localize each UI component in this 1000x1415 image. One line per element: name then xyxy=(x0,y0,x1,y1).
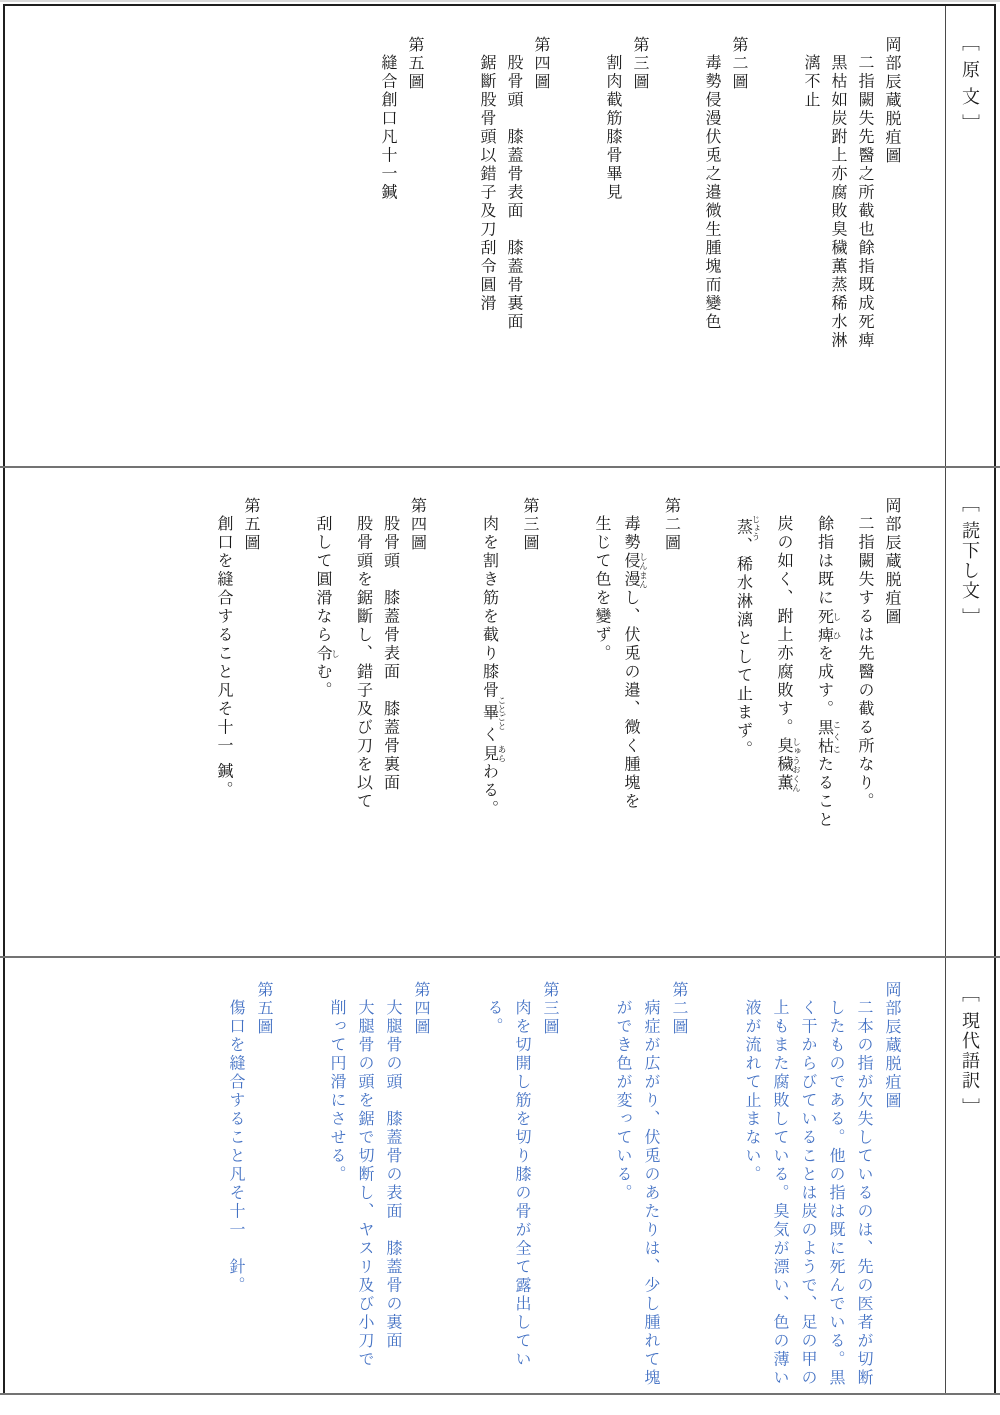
text-column: 漓不止 xyxy=(797,36,824,467)
paragraph-block: 第五圖創口を縫合すること凡そ十一 鍼。 xyxy=(210,497,264,957)
paragraph-title: 第五圖 xyxy=(249,981,277,1394)
text-column: 刮して圓滑なら令しむ。 xyxy=(309,497,341,957)
furigana-text: しゅうおくん xyxy=(792,737,802,793)
furigana-ruby: 死痺しひ xyxy=(816,608,833,645)
section-header-label: ［ 現代語訳 ］ xyxy=(960,984,980,1118)
text-column: 黒枯如炭跗上亦腐敗臭穢薫蒸稀水淋 xyxy=(824,36,851,467)
furigana-text: ことごと xyxy=(497,696,507,730)
document-frame: 岡部辰蔵脱疽圖二指闕失先醫之所截也餘指既成死痺黒枯如炭跗上亦腐敗臭穢薫蒸稀水淋漓… xyxy=(3,4,996,1394)
paragraph-block: 第三圖割肉截筋膝骨畢見 xyxy=(599,36,653,467)
furigana-text: じょう xyxy=(751,515,761,541)
paragraph-block: 第二圖毒勢侵漫伏兎之邉微生腫塊而變色 xyxy=(698,36,752,467)
paragraph-block: 第四圖大腿骨の頭 膝蓋骨の表面 膝蓋骨の裏面大腿骨の頭を鋸で切断し、ヤスリ及び小… xyxy=(322,981,434,1394)
text-column: 鋸斷股骨頭以錯子及刀刮令圓滑 xyxy=(473,36,500,467)
furigana-ruby: 見あら xyxy=(481,745,498,764)
section-original-text: 岡部辰蔵脱疽圖二指闕失先醫之所截也餘指既成死痺黒枯如炭跗上亦腐敗臭穢薫蒸稀水淋漓… xyxy=(5,6,994,467)
text-column: 炭の如く、跗上亦腐敗す。臭穢薫しゅうおくん xyxy=(770,497,802,957)
text-column: 創口を縫合すること凡そ十一 鍼。 xyxy=(210,497,237,957)
paragraph-block: 岡部辰蔵脱疽圖二本の指が欠失しているのは、先の医者が切断したものである。他の指は… xyxy=(737,981,905,1394)
text-column: 病症が広がり、伏兎のあたりは、少し腫れて塊 xyxy=(636,981,664,1394)
text-column: 縫合創口凡十一鍼 xyxy=(374,36,401,467)
paragraph-title: 第二圖 xyxy=(664,981,692,1394)
text-column: 毒勢侵漫しんまんし、伏兎の邉、微く腫塊を xyxy=(617,497,649,957)
original-text-header-column: ［ 原 文 ］ xyxy=(945,6,994,467)
paragraph-title: 第五圖 xyxy=(237,497,264,957)
text-column: る。 xyxy=(479,981,507,1394)
text-column: 肉を切開し筋を切り膝の骨が全て露出してい xyxy=(507,981,535,1394)
paragraph-title: 第五圖 xyxy=(401,36,428,467)
paragraph-block: 第四圖股骨頭 膝蓋骨表面 膝蓋骨裏面鋸斷股骨頭以錯子及刀刮令圓滑 xyxy=(473,36,554,467)
page-top-edge-line xyxy=(0,0,1000,2)
furigana-ruby: 蒸じょう xyxy=(735,515,752,537)
paragraph-block: 第二圖毒勢侵漫しんまんし、伏兎の邉、微く腫塊を生じて色を變ず。 xyxy=(588,497,685,957)
text-column: 餘指は既に死痺しひを成す。黒枯こくこたること xyxy=(811,497,843,957)
text-column: 上もまた腐敗している。臭気が漂い、色の薄い xyxy=(765,981,793,1394)
text-column: したものである。他の指は既に死んでいる。黒 xyxy=(821,981,849,1394)
text-column: 生じて色を變ず。 xyxy=(588,497,615,957)
section-header-label: ［ 原 文 ］ xyxy=(960,33,980,134)
document-page: 岡部辰蔵脱疽圖二指闕失先醫之所截也餘指既成死痺黒枯如炭跗上亦腐敗臭穢薫蒸稀水淋漓… xyxy=(0,0,1000,1415)
section-reading-text: 岡部辰蔵脱疽圖二指闕失するは先醫の截る所なり。餘指は既に死痺しひを成す。黒枯こく… xyxy=(5,467,994,957)
furigana-ruby: 臭穢薫しゅうおくん xyxy=(775,737,792,793)
text-column: 液が流れて止まない。 xyxy=(737,981,765,1394)
paragraph-title: 第四圖 xyxy=(406,981,434,1394)
paragraph-title: 岡部辰蔵脱疽圖 xyxy=(878,36,905,467)
text-column: 大腿骨の頭 膝蓋骨の表面 膝蓋骨の裏面 xyxy=(378,981,406,1394)
text-column: く干からびていることは炭のようで、足の甲の xyxy=(793,981,821,1394)
reading-text-content: 岡部辰蔵脱疽圖二指闕失するは先醫の截る所なり。餘指は既に死痺しひを成す。黒枯こく… xyxy=(5,467,945,957)
paragraph-title: 岡部辰蔵脱疽圖 xyxy=(877,981,905,1394)
text-column: 二指闕失先醫之所截也餘指既成死痺 xyxy=(851,36,878,467)
section-modern-translation: 岡部辰蔵脱疽圖二本の指が欠失しているのは、先の医者が切断したものである。他の指は… xyxy=(5,957,994,1394)
paragraph-block: 第五圖縫合創口凡十一鍼 xyxy=(374,36,428,467)
text-column: ができ色が変っている。 xyxy=(608,981,636,1394)
paragraph-title: 第四圖 xyxy=(404,497,431,957)
furigana-ruby: 令し xyxy=(314,645,331,664)
paragraph-block: 第四圖股骨頭 膝蓋骨表面 膝蓋骨裏面股骨頭を鋸斷し、錯子及び刀を以て刮して圓滑な… xyxy=(309,497,431,957)
text-column: 毒勢侵漫伏兎之邉微生腫塊而變色 xyxy=(698,36,725,467)
text-column: 股骨頭 膝蓋骨表面 膝蓋骨裏面 xyxy=(500,36,527,467)
furigana-text: しんまん xyxy=(639,552,649,589)
paragraph-block: 第三圖肉を割き筋を截り膝骨畢ことごとく見あらわる。 xyxy=(476,497,544,957)
paragraph-block: 岡部辰蔵脱疽圖二指闕失先醫之所截也餘指既成死痺黒枯如炭跗上亦腐敗臭穢薫蒸稀水淋漓… xyxy=(797,36,905,467)
paragraph-title: 第三圖 xyxy=(626,36,653,467)
paragraph-title: 第三圖 xyxy=(535,981,563,1394)
furigana-ruby: 畢ことごと xyxy=(481,700,498,726)
furigana-ruby: 黒枯こくこ xyxy=(816,719,833,756)
text-column: 二本の指が欠失しているのは、先の医者が切断 xyxy=(849,981,877,1394)
section-divider-line xyxy=(0,466,1000,468)
original-text-content: 岡部辰蔵脱疽圖二指闕失先醫之所截也餘指既成死痺黒枯如炭跗上亦腐敗臭穢薫蒸稀水淋漓… xyxy=(5,6,945,467)
paragraph-title: 第二圖 xyxy=(725,36,752,467)
text-column: 大腿骨の頭を鋸で切断し、ヤスリ及び小刀で xyxy=(350,981,378,1394)
paragraph-block: 第三圖肉を切開し筋を切り膝の骨が全て露出している。 xyxy=(479,981,563,1394)
furigana-ruby: 侵漫しんまん xyxy=(622,552,639,589)
reading-text-header-column: ［ 読下し文 ］ xyxy=(945,467,994,957)
furigana-text: し xyxy=(331,645,341,664)
text-column: 削って円滑にさせる。 xyxy=(322,981,350,1394)
paragraph-block: 第五圖傷口を縫合すること凡そ十一 針。 xyxy=(221,981,277,1394)
text-column: 割肉截筋膝骨畢見 xyxy=(599,36,626,467)
section-header-label: ［ 読下し文 ］ xyxy=(960,494,980,628)
paragraph-block: 岡部辰蔵脱疽圖二指闕失するは先醫の截る所なり。餘指は既に死痺しひを成す。黒枯こく… xyxy=(730,497,906,957)
modern-translation-content: 岡部辰蔵脱疽圖二本の指が欠失しているのは、先の医者が切断したものである。他の指は… xyxy=(5,957,945,1394)
paragraph-title: 岡部辰蔵脱疽圖 xyxy=(878,497,905,957)
furigana-text: あら xyxy=(497,745,507,764)
paragraph-title: 第三圖 xyxy=(516,497,543,957)
text-column: 股骨頭を鋸斷し、錯子及び刀を以て xyxy=(350,497,377,957)
text-column: 二指闕失するは先醫の截る所なり。 xyxy=(851,497,878,957)
paragraph-title: 第四圖 xyxy=(527,36,554,467)
paragraph-title: 第二圖 xyxy=(658,497,685,957)
furigana-text: しひ xyxy=(832,608,842,645)
modern-translation-header-column: ［ 現代語訳 ］ xyxy=(945,957,994,1394)
text-column: 傷口を縫合すること凡そ十一 針。 xyxy=(221,981,249,1394)
text-column: 肉を割き筋を截り膝骨畢ことごとく見あらわる。 xyxy=(476,497,508,957)
furigana-text: こくこ xyxy=(832,719,842,756)
text-column: 蒸じょう、稀水淋漓として止まず。 xyxy=(730,497,762,957)
section-divider-line xyxy=(0,956,1000,958)
bottom-frame-line xyxy=(0,1393,1000,1395)
text-column: 股骨頭 膝蓋骨表面 膝蓋骨裏面 xyxy=(377,497,404,957)
paragraph-block: 第二圖病症が広がり、伏兎のあたりは、少し腫れて塊ができ色が変っている。 xyxy=(608,981,692,1394)
